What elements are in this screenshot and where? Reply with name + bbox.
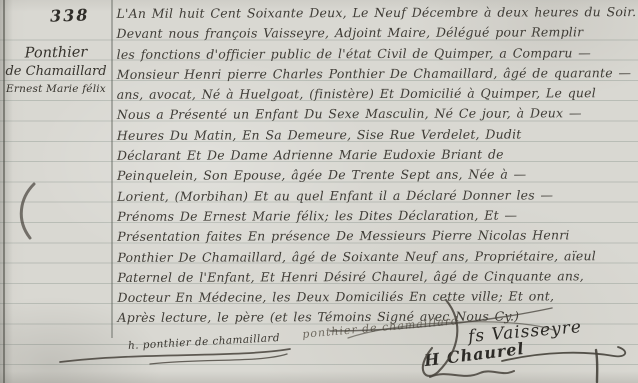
bottom-squiggle	[430, 371, 514, 377]
signature-grandfather: h. ponthier de chamaillard	[128, 332, 280, 352]
registry-page-scan: 338 Ponthier de Chamaillard Ernest Marie…	[0, 0, 638, 383]
margin-surname-2: de Chamaillard	[1, 64, 111, 79]
act-line: Présentation faites En présence De Messi…	[117, 225, 638, 247]
act-line: Devant nous françois Vaisseyre, Adjoint …	[117, 22, 638, 44]
act-line: Déclarant Et De Dame Adrienne Marie Eudo…	[117, 144, 638, 166]
act-line: L'An Mil huit Cent Soixante Deux, Le Neu…	[116, 2, 637, 24]
margin-annotation: Ponthier de Chamaillard Ernest Marie fél…	[1, 45, 111, 95]
officer-hook-descender	[596, 350, 597, 382]
margin-paren-stroke	[21, 184, 34, 238]
grandfather-underline-1	[60, 349, 290, 362]
act-line: ans, avocat, Né à Huelgoat, (finistère) …	[117, 83, 638, 105]
act-number: 338	[50, 5, 90, 25]
margin-separator-rule	[111, 0, 113, 338]
act-line: Peinquelein, Son Epouse, âgée De Trente …	[117, 164, 638, 186]
grandfather-underline-2	[150, 354, 287, 364]
act-line: Ponthier De Chamaillard, âgé de Soixante…	[117, 246, 638, 268]
act-line: Lorient, (Morbihan) Et au quel Enfant il…	[117, 185, 638, 207]
margin-given-names: Ernest Marie félix	[1, 83, 111, 95]
act-line: Monsieur Henri pierre Charles Ponthier D…	[117, 63, 638, 85]
act-line: Heures Du Matin, En Sa Demeure, Sise Rue…	[117, 124, 638, 146]
act-line: Nous a Présenté un Enfant Du Sexe Mascul…	[117, 104, 638, 126]
act-line: Prénoms De Ernest Marie félix; les Dites…	[117, 205, 638, 227]
act-body-text: L'An Mil huit Cent Soixante Deux, Le Neu…	[116, 2, 638, 329]
act-line: Docteur En Médecine, les Deux Domiciliés…	[117, 286, 638, 308]
act-line: Paternel de l'Enfant, Et Henri Désiré Ch…	[117, 266, 638, 288]
margin-surname: Ponthier	[1, 44, 111, 62]
act-line: les fonctions d'officier public de l'éta…	[117, 43, 638, 65]
